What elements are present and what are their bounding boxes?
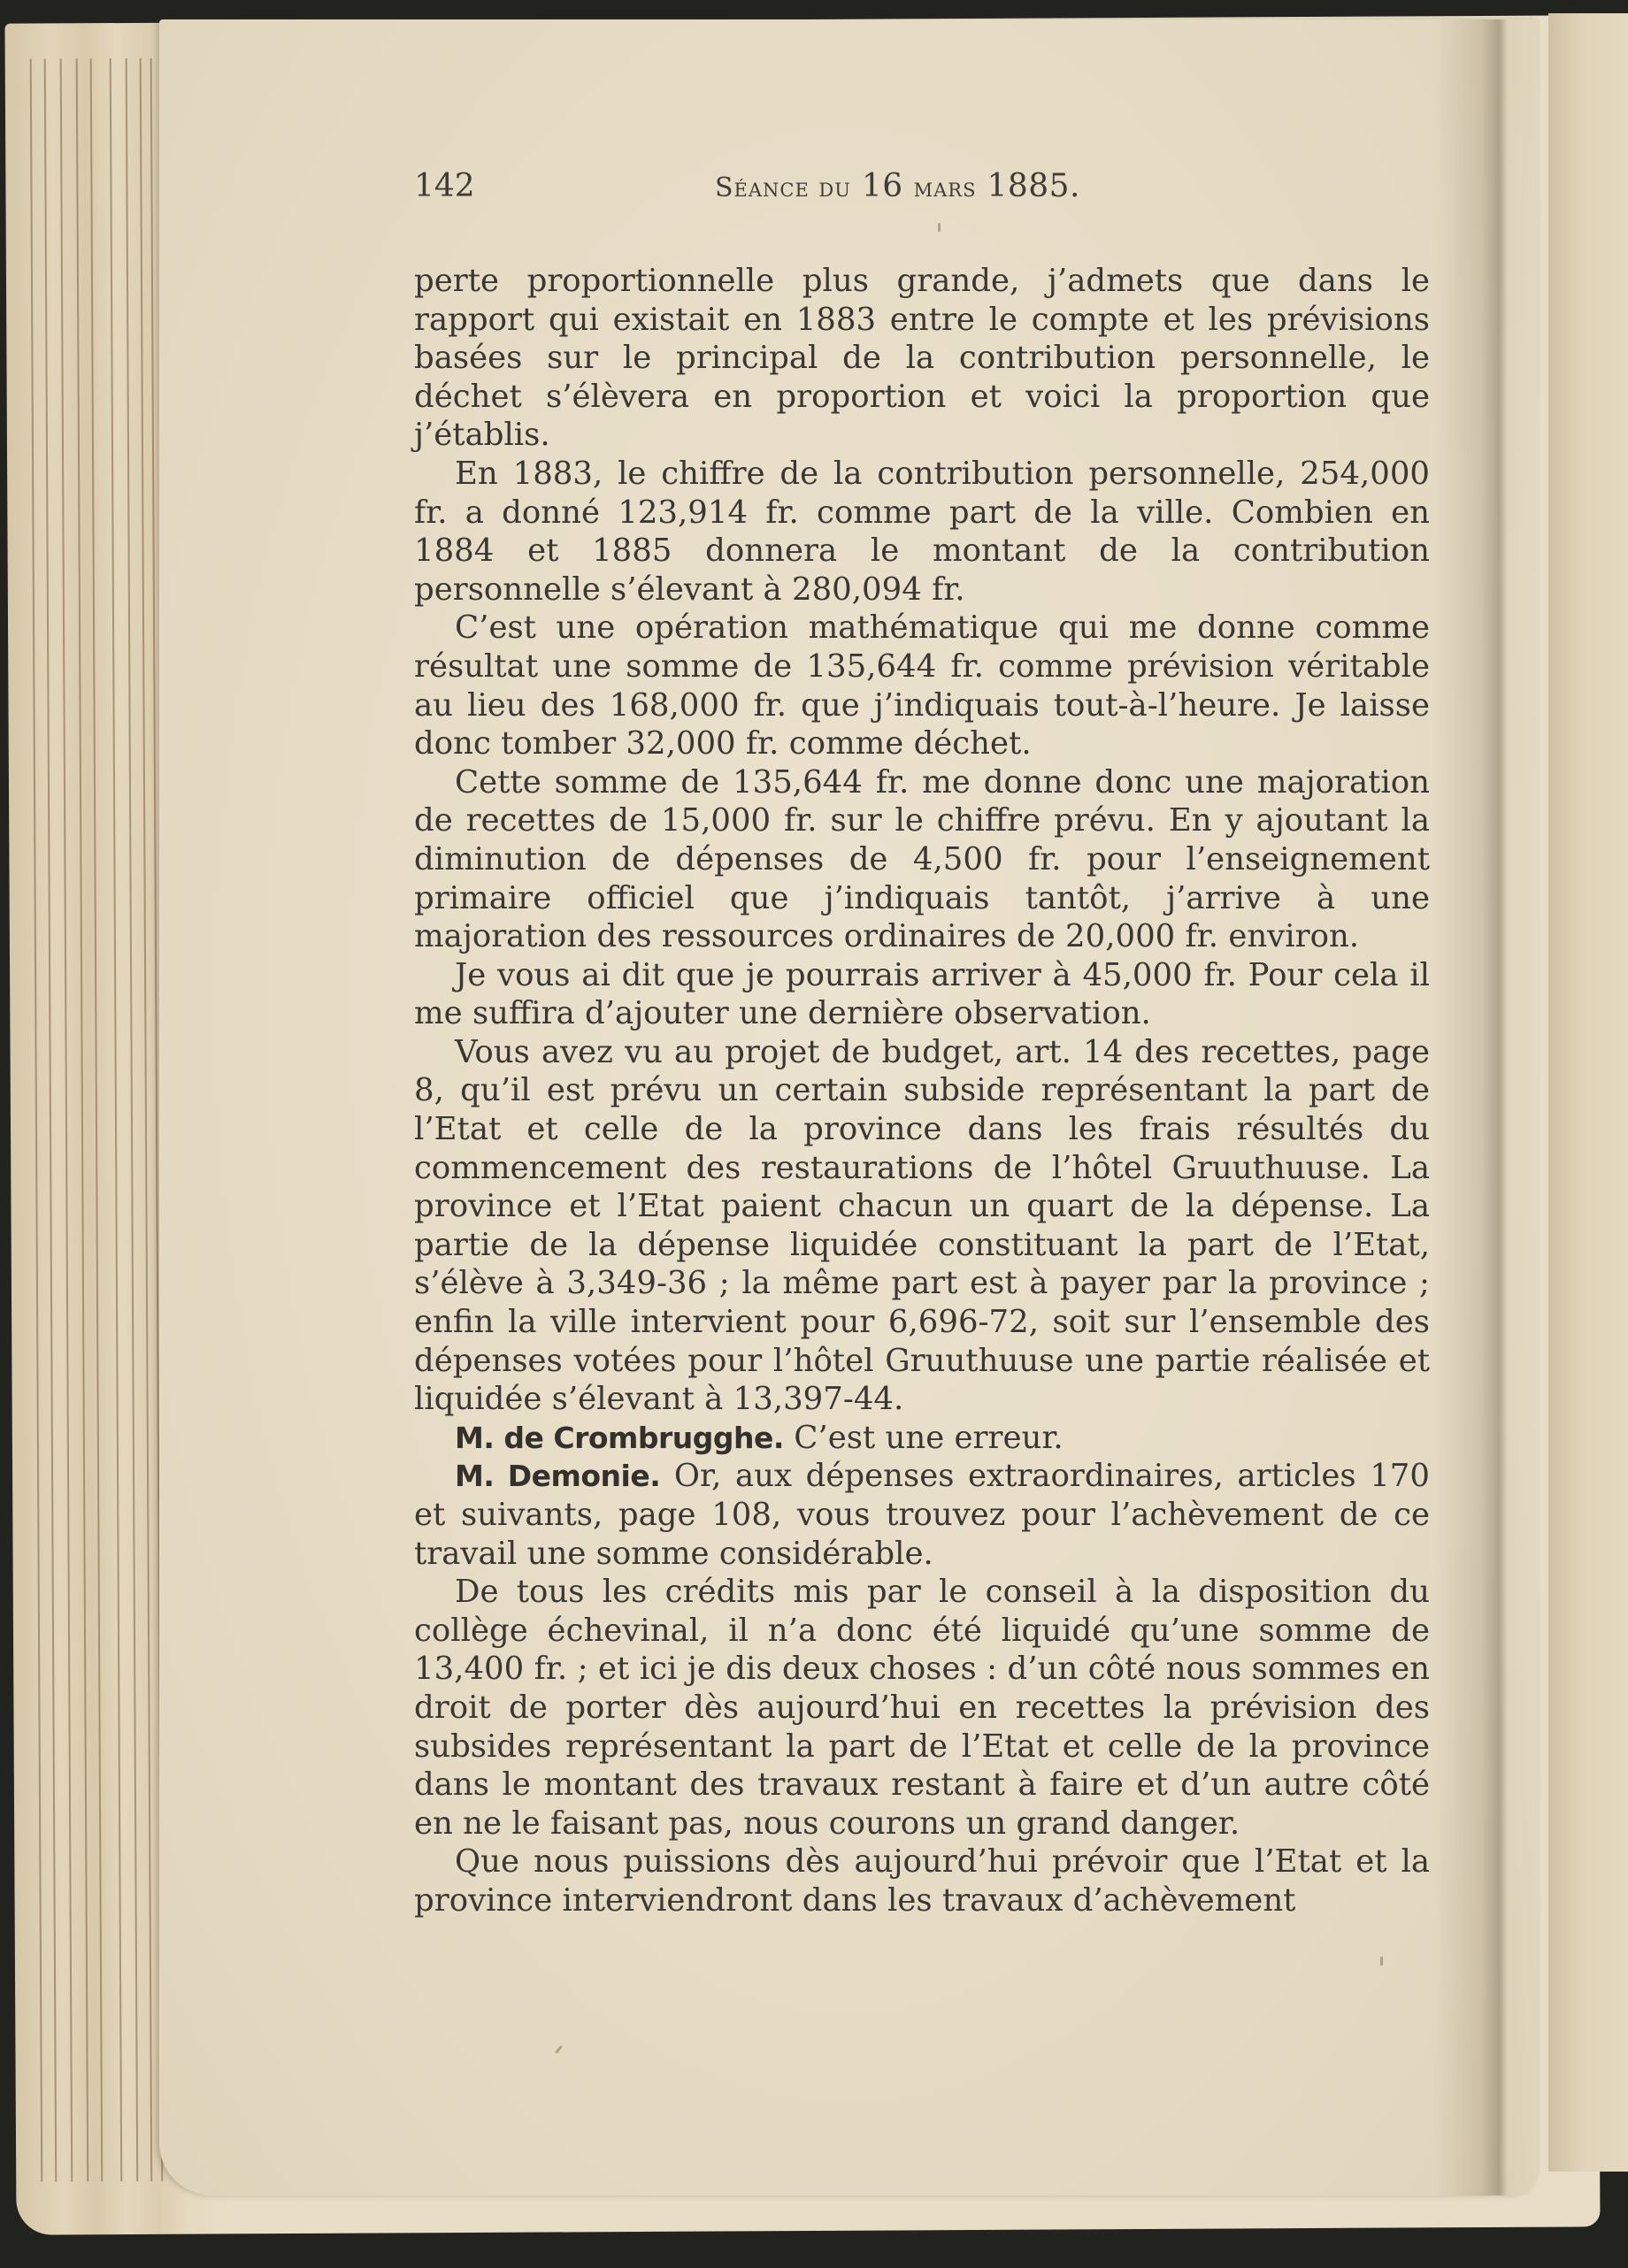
speaker-name: M. Demonie.	[455, 1459, 660, 1493]
page-text-block: 142 Séance du 16 mars 1885. perte propor…	[414, 165, 1430, 1920]
paragraph: C’est une opération mathématique qui me …	[414, 609, 1430, 762]
paragraph-text: Cette somme de 135,644 fr. me donne donc…	[414, 764, 1430, 954]
page-edge-line	[60, 58, 73, 2181]
paragraph: Vous avez vu au projet de budget, art. 1…	[414, 1033, 1430, 1419]
page-edge-line	[110, 58, 123, 2181]
paper-speck	[555, 2045, 563, 2054]
paragraph-text: C’est une opération mathématique qui me …	[414, 609, 1430, 762]
paragraph-text: En 1883, le chiffre de la contribution p…	[414, 456, 1430, 608]
paragraph: Que nous puissions dès aujourd’hui prévo…	[414, 1843, 1430, 1919]
paragraph: Je vous ai dit que je pourrais arriver à…	[414, 956, 1430, 1033]
paragraph-text: De tous les crédits mis par le conseil à…	[414, 1574, 1430, 1842]
running-title: Séance du 16 mars 1885.	[715, 165, 1080, 211]
paragraph: Cette somme de 135,644 fr. me donne donc…	[414, 763, 1430, 956]
paragraph: perte proportionnelle plus grande, j’adm…	[414, 262, 1430, 455]
running-title-prefix: Séance du	[715, 172, 851, 203]
page-edge-line	[30, 59, 43, 2182]
paper-speck	[1380, 1957, 1383, 1965]
running-title-month: mars	[914, 172, 977, 203]
page-number: 142	[414, 165, 475, 209]
running-title-year: 1885.	[987, 168, 1080, 204]
page-edge-line	[44, 58, 58, 2181]
facing-page-edge	[1548, 13, 1628, 2172]
page-edge-line	[90, 58, 104, 2181]
paragraph-text: perte proportionnelle plus grande, j’adm…	[414, 263, 1430, 453]
paragraph-text: Je vous ai dit que je pourrais arriver à…	[414, 957, 1430, 1032]
speaker-name: M. de Crombrugghe.	[455, 1421, 784, 1455]
page-edge-line	[126, 58, 139, 2181]
speaker-paragraph: M. de Crombrugghe. C’est une erreur.	[414, 1419, 1430, 1458]
paragraph-text: C’est une erreur.	[794, 1420, 1063, 1456]
paragraph: De tous les crédits mis par le conseil à…	[414, 1573, 1430, 1843]
paragraph: En 1883, le chiffre de la contribution p…	[414, 455, 1430, 609]
page-edge-line	[140, 58, 153, 2181]
paragraph-text: Vous avez vu au projet de budget, art. 1…	[414, 1034, 1430, 1417]
page-gutter-shadow	[1433, 19, 1540, 2195]
running-head: 142 Séance du 16 mars 1885.	[414, 165, 1430, 209]
page-edge-line	[76, 58, 89, 2181]
running-title-day: 16	[862, 168, 903, 204]
body-text: perte proportionnelle plus grande, j’adm…	[414, 262, 1430, 1920]
paragraph-text: Que nous puissions dès aujourd’hui prévo…	[414, 1843, 1430, 1919]
speaker-paragraph: M. Demonie. Or, aux dépenses extraordina…	[414, 1457, 1430, 1573]
